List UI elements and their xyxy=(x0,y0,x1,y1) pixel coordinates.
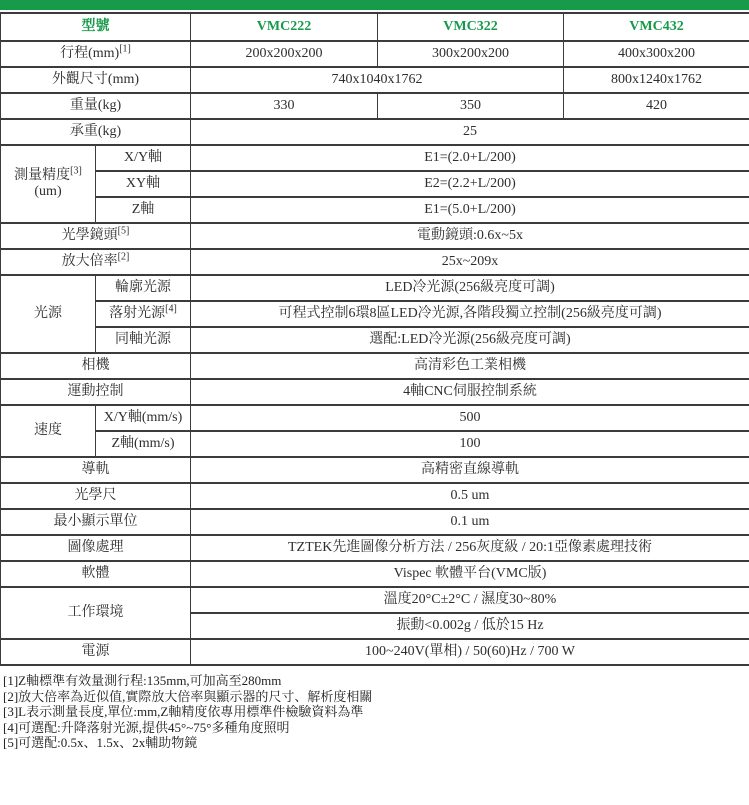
light-footnote-ref: [4] xyxy=(165,303,177,314)
row-travel: 行程(mm)[1] 200x200x200 300x200x200 400x30… xyxy=(1,41,749,67)
header-model-vmc322: VMC322 xyxy=(378,13,564,41)
header-row: 型號 VMC222 VMC322 VMC432 xyxy=(1,13,749,41)
speed-value-1: 100 xyxy=(191,431,749,457)
light-group-label: 光源 xyxy=(1,275,96,353)
row-accuracy-xy2: XY軸 E2=(2.2+L/200) xyxy=(1,171,749,197)
speed-axis-0: X/Y軸(mm/s) xyxy=(96,405,191,431)
footnotes: [1]Z軸標準有效量測行程:135mm,可加高至280mm [2]放大倍率為近似… xyxy=(0,666,749,751)
dimensions-value-left: 740x1040x1762 xyxy=(191,67,564,93)
speed-axis-1: Z軸(mm/s) xyxy=(96,431,191,457)
motion-value: 4軸CNC伺服控制系統 xyxy=(191,379,749,405)
environment-label: 工作環境 xyxy=(1,587,191,639)
weight-value-vmc222: 330 xyxy=(191,93,378,119)
header-model-vmc432: VMC432 xyxy=(564,13,749,41)
speed-value-0: 500 xyxy=(191,405,749,431)
accuracy-axis-1: XY軸 xyxy=(96,171,191,197)
scale-label: 光學尺 xyxy=(1,483,191,509)
motion-label: 運動控制 xyxy=(1,379,191,405)
light-name-1-cell: 落射光源[4] xyxy=(96,301,191,327)
light-name-2: 同軸光源 xyxy=(96,327,191,353)
row-scale: 光學尺 0.5 um xyxy=(1,483,749,509)
guide-label: 導軌 xyxy=(1,457,191,483)
row-light-epi: 落射光源[4] 可程式控制6環8區LED冷光源,各階段獨立控制(256級亮度可調… xyxy=(1,301,749,327)
dimensions-value-right: 800x1240x1762 xyxy=(564,67,749,93)
lens-label-cell: 光學鏡頭[5] xyxy=(1,223,191,249)
light-value-0: LED冷光源(256級亮度可調) xyxy=(191,275,749,301)
load-label: 承重(kg) xyxy=(1,119,191,145)
image-processing-label: 圖像處理 xyxy=(1,535,191,561)
row-weight: 重量(kg) 330 350 420 xyxy=(1,93,749,119)
row-speed-z: Z軸(mm/s) 100 xyxy=(1,431,749,457)
light-name-0: 輪廓光源 xyxy=(96,275,191,301)
power-value: 100~240V(單相) / 50(60)Hz / 700 W xyxy=(191,639,749,665)
accuracy-group-label-cell: 測量精度[3] (um) xyxy=(1,145,96,223)
camera-value: 高清彩色工業相機 xyxy=(191,353,749,379)
light-name-1: 落射光源 xyxy=(109,306,165,321)
dimensions-label: 外觀尺寸(mm) xyxy=(1,67,191,93)
environment-value-0: 溫度20°C±2°C / 濕度30~80% xyxy=(191,587,749,613)
travel-value-vmc222: 200x200x200 xyxy=(191,41,378,67)
spec-table: 型號 VMC222 VMC322 VMC432 行程(mm)[1] 200x20… xyxy=(0,12,749,666)
speed-group-label: 速度 xyxy=(1,405,96,457)
footnote-2: [2]放大倍率為近似值,實際放大倍率與顯示器的尺寸、解析度相關 xyxy=(3,689,749,705)
camera-label: 相機 xyxy=(1,353,191,379)
light-value-1: 可程式控制6環8區LED冷光源,各階段獨立控制(256級亮度可調) xyxy=(191,301,749,327)
accuracy-unit: (um) xyxy=(3,184,93,200)
accuracy-axis-0: X/Y軸 xyxy=(96,145,191,171)
row-lens: 光學鏡頭[5] 電動鏡頭:0.6x~5x xyxy=(1,223,749,249)
travel-label-cell: 行程(mm)[1] xyxy=(1,41,191,67)
load-value: 25 xyxy=(191,119,749,145)
row-image-processing: 圖像處理 TZTEK先進圖像分析方法 / 256灰度級 / 20:1亞像素處理技… xyxy=(1,535,749,561)
accuracy-group-label-line: 測量精度[3] xyxy=(3,168,93,184)
row-guide: 導軌 高精密直線導軌 xyxy=(1,457,749,483)
row-load: 承重(kg) 25 xyxy=(1,119,749,145)
accuracy-axis-2: Z軸 xyxy=(96,197,191,223)
row-magnification: 放大倍率[2] 25x~209x xyxy=(1,249,749,275)
power-label: 電源 xyxy=(1,639,191,665)
travel-value-vmc432: 400x300x200 xyxy=(564,41,749,67)
row-dimensions: 外觀尺寸(mm) 740x1040x1762 800x1240x1762 xyxy=(1,67,749,93)
environment-value-1: 振動<0.002g / 低於15 Hz xyxy=(191,613,749,639)
row-power: 電源 100~240V(單相) / 50(60)Hz / 700 W xyxy=(1,639,749,665)
guide-value: 高精密直線導軌 xyxy=(191,457,749,483)
travel-footnote-ref: [1] xyxy=(119,43,131,54)
lens-value: 電動鏡頭:0.6x~5x xyxy=(191,223,749,249)
accuracy-value-2: E1=(5.0+L/200) xyxy=(191,197,749,223)
row-speed-xy: 速度 X/Y軸(mm/s) 500 xyxy=(1,405,749,431)
magnification-value: 25x~209x xyxy=(191,249,749,275)
header-model-label: 型號 xyxy=(1,13,191,41)
lens-footnote-ref: [5] xyxy=(118,225,130,236)
travel-value-vmc322: 300x200x200 xyxy=(378,41,564,67)
weight-label: 重量(kg) xyxy=(1,93,191,119)
footnote-4: [4]可選配:升降落射光源,提供45°~75°多種角度照明 xyxy=(3,720,749,736)
accuracy-value-0: E1=(2.0+L/200) xyxy=(191,145,749,171)
header-model-vmc222: VMC222 xyxy=(191,13,378,41)
magnification-label: 放大倍率 xyxy=(62,254,118,269)
row-light-coaxial: 同軸光源 選配:LED冷光源(256級亮度可調) xyxy=(1,327,749,353)
row-software: 軟體 Vispec 軟體平台(VMC版) xyxy=(1,561,749,587)
row-resolution: 最小顯示單位 0.1 um xyxy=(1,509,749,535)
travel-label: 行程(mm) xyxy=(60,46,119,61)
lens-label: 光學鏡頭 xyxy=(62,228,118,243)
row-accuracy-z: Z軸 E1=(5.0+L/200) xyxy=(1,197,749,223)
accuracy-value-1: E2=(2.2+L/200) xyxy=(191,171,749,197)
scale-value: 0.5 um xyxy=(191,483,749,509)
weight-value-vmc322: 350 xyxy=(378,93,564,119)
magnification-label-cell: 放大倍率[2] xyxy=(1,249,191,275)
row-environment-1: 工作環境 溫度20°C±2°C / 濕度30~80% xyxy=(1,587,749,613)
resolution-label: 最小顯示單位 xyxy=(1,509,191,535)
footnote-5: [5]可選配:0.5x、1.5x、2x輔助物鏡 xyxy=(3,735,749,751)
accuracy-footnote-ref: [3] xyxy=(70,165,82,176)
row-motion: 運動控制 4軸CNC伺服控制系統 xyxy=(1,379,749,405)
image-processing-value: TZTEK先進圖像分析方法 / 256灰度級 / 20:1亞像素處理技術 xyxy=(191,535,749,561)
resolution-value: 0.1 um xyxy=(191,509,749,535)
footnote-3: [3]L表示測量長度,單位:mm,Z軸精度依專用標準件檢驗資料為準 xyxy=(3,704,749,720)
software-label: 軟體 xyxy=(1,561,191,587)
light-value-2: 選配:LED冷光源(256級亮度可調) xyxy=(191,327,749,353)
footnote-1: [1]Z軸標準有效量測行程:135mm,可加高至280mm xyxy=(3,673,749,689)
top-accent-bar xyxy=(0,0,749,10)
accuracy-group-label: 測量精度 xyxy=(14,168,70,183)
row-accuracy-xy1: 測量精度[3] (um) X/Y軸 E1=(2.0+L/200) xyxy=(1,145,749,171)
row-light-contour: 光源 輪廓光源 LED冷光源(256級亮度可調) xyxy=(1,275,749,301)
weight-value-vmc432: 420 xyxy=(564,93,749,119)
software-value: Vispec 軟體平台(VMC版) xyxy=(191,561,749,587)
row-camera: 相機 高清彩色工業相機 xyxy=(1,353,749,379)
magnification-footnote-ref: [2] xyxy=(118,251,130,262)
